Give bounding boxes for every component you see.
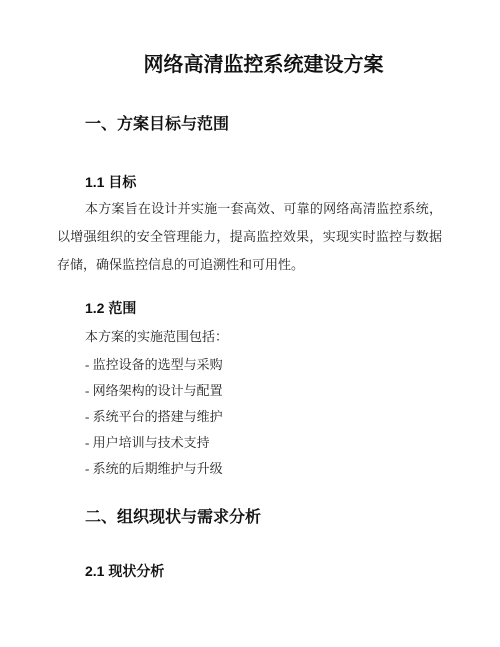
section-heading-2: 二、组织现状与需求分析 — [57, 507, 442, 529]
document-title: 网络高清监控系统建设方案 — [57, 52, 442, 78]
subsection-heading-2-1: 2.1 现状分析 — [57, 561, 442, 581]
section-heading-1: 一、方案目标与范围 — [57, 114, 442, 136]
scope-list: - 监控设备的选型与采购 - 网络架构的设计与配置 - 系统平台的搭建与维护 -… — [57, 352, 442, 482]
list-item: - 系统平台的搭建与维护 — [57, 404, 442, 430]
subsection-heading-1-1: 1.1 目标 — [57, 172, 442, 192]
paragraph-goal: 本方案旨在设计并实施一套高效、可靠的网络高清监控系统，以增强组织的安全管理能力，… — [57, 195, 442, 279]
list-item: - 监控设备的选型与采购 — [57, 352, 442, 378]
list-item: - 系统的后期维护与升级 — [57, 456, 442, 482]
document-page: 网络高清监控系统建设方案 一、方案目标与范围 1.1 目标 本方案旨在设计并实施… — [0, 0, 500, 647]
document-body: 网络高清监控系统建设方案 一、方案目标与范围 1.1 目标 本方案旨在设计并实施… — [0, 0, 500, 647]
subsection-heading-1-2: 1.2 范围 — [57, 298, 442, 318]
list-item: - 网络架构的设计与配置 — [57, 378, 442, 404]
paragraph-scope-intro: 本方案的实施范围包括： — [57, 323, 442, 351]
list-item: - 用户培训与技术支持 — [57, 430, 442, 456]
